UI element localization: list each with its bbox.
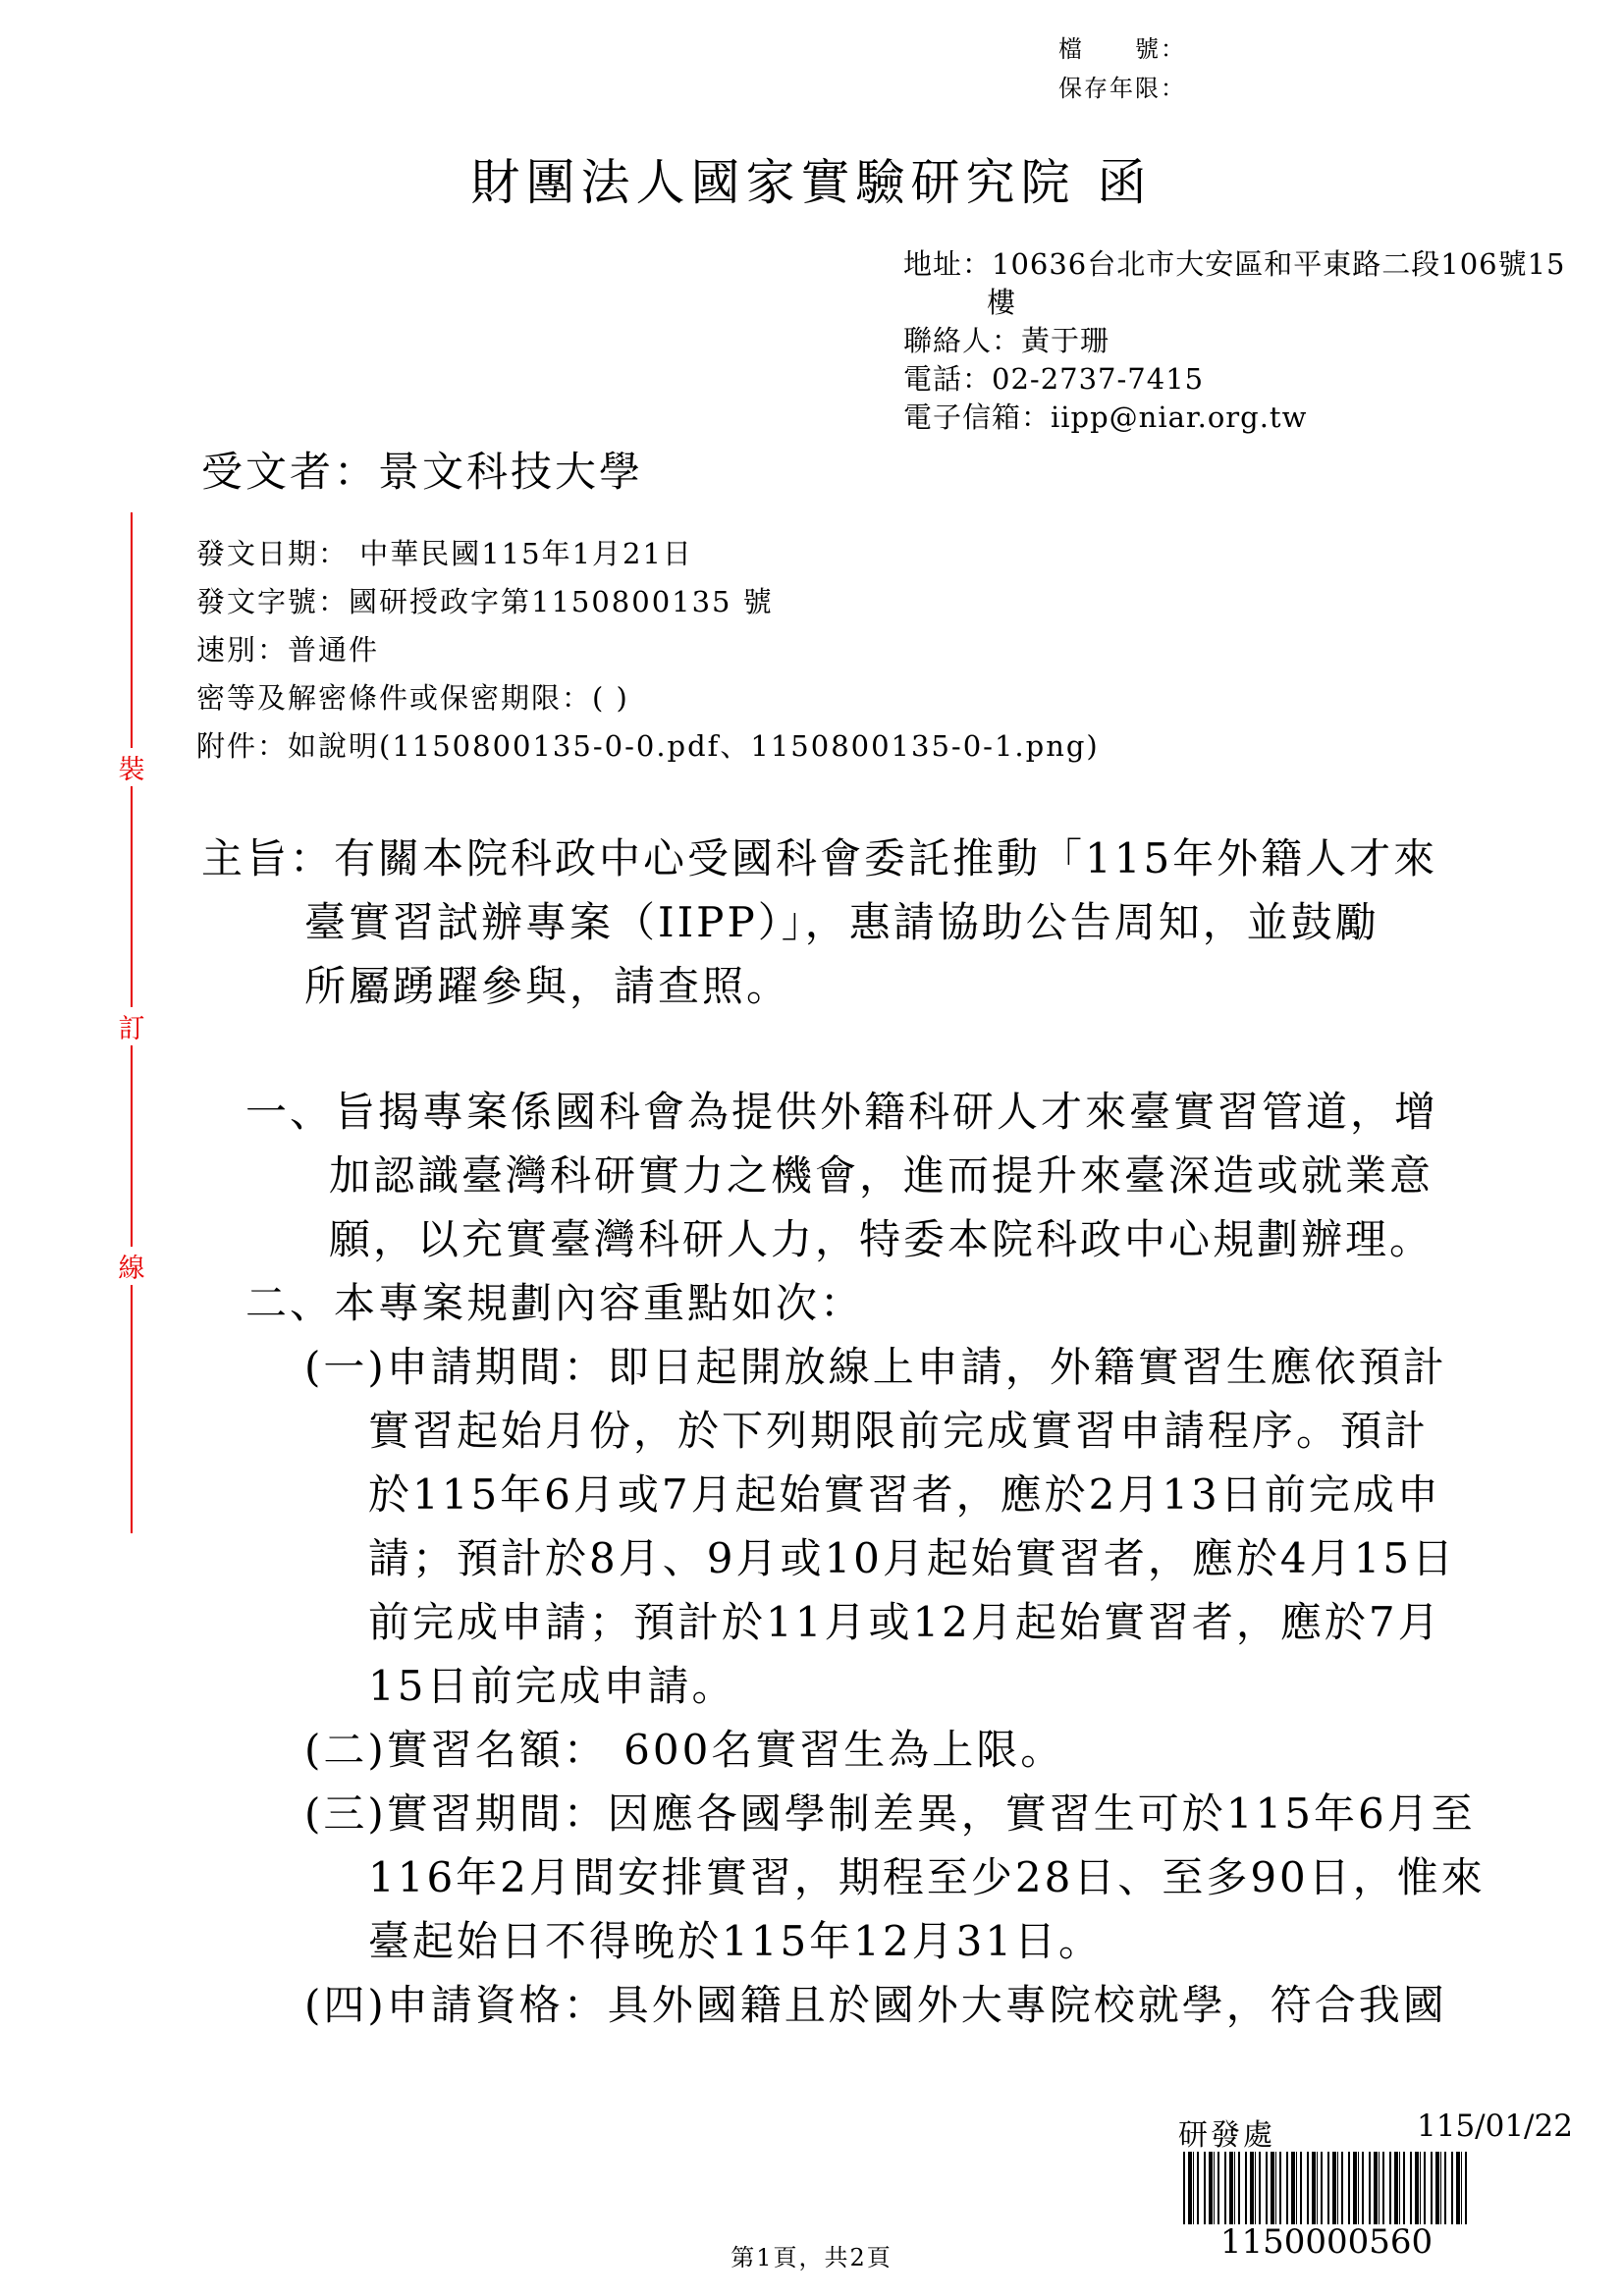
body-line: 請；預計於8月、9月或10月起始實習者，應於4月15日 xyxy=(368,1526,1486,1590)
subject-line: 主旨：有關本院科政中心受國科會委託推動「115年外籍人才來 xyxy=(201,827,1437,890)
sender-info-line: 電子信箱：iipp@niar.org.tw xyxy=(903,399,1591,437)
subject-block: 主旨：有關本院科政中心受國科會委託推動「115年外籍人才來臺實習試辦專案（IIP… xyxy=(201,827,1437,1018)
stamp-date: 115/01/22 xyxy=(1417,2109,1573,2144)
sender-info-line: 電話：02-2737-7415 xyxy=(903,360,1591,399)
body-line: 實習起始月份，於下列期限前完成實習申請程序。預計 xyxy=(368,1399,1486,1463)
barcode xyxy=(1183,2152,1470,2224)
file-no-label: 檔 號： xyxy=(1058,29,1186,69)
dept-stamp: 研發處 xyxy=(1178,2110,1275,2154)
page-number: 第1頁，共2頁 xyxy=(0,2238,1623,2272)
sender-info-line: 樓 xyxy=(987,284,1591,322)
sender-info-block: 地址：10636台北市大安區和平東路二段106號15樓聯絡人：黃于珊電話：02-… xyxy=(903,245,1591,437)
file-number-block: 檔 號： 保存年限： xyxy=(1058,29,1186,108)
meta-block: 發文日期： 中華民國115年1月21日發文字號：國研授政字第1150800135… xyxy=(196,530,1100,771)
meta-line: 密等及解密條件或保密期限：( ) xyxy=(196,674,1100,722)
retention-label: 保存年限： xyxy=(1058,69,1186,108)
meta-line: 發文日期： 中華民國115年1月21日 xyxy=(196,530,1100,578)
document-page: 檔 號： 保存年限： 財團法人國家實驗研究院 函 地址：10636台北市大安區和… xyxy=(0,0,1623,2296)
body-line: 二、本專案規劃內容重點如次： xyxy=(245,1271,1486,1335)
body-line: 臺起始日不得晚於115年12月31日。 xyxy=(368,1909,1486,1973)
binding-mark-zhuang: 裝 xyxy=(115,748,148,786)
body-line: (一)申請期間：即日起開放線上申請，外籍實習生應依預計 xyxy=(304,1335,1486,1399)
subject-line: 臺實習試辦專案（IIPP）」，惠請協助公告周知，並鼓勵 xyxy=(304,890,1437,954)
document-title: 財團法人國家實驗研究院 函 xyxy=(0,143,1623,214)
binding-mark-ding: 訂 xyxy=(115,1007,148,1045)
meta-line: 發文字號：國研授政字第1150800135 號 xyxy=(196,578,1100,626)
body-line: (三)實習期間：因應各國學制差異，實習生可於115年6月至 xyxy=(304,1782,1486,1845)
sender-info-line: 地址：10636台北市大安區和平東路二段106號15 xyxy=(903,245,1591,284)
body-line: 15日前完成申請。 xyxy=(368,1654,1486,1718)
body-line: 於115年6月或7月起始實習者，應於2月13日前完成申 xyxy=(368,1463,1486,1526)
meta-line: 速別：普通件 xyxy=(196,626,1100,674)
body-block: 一、旨揭專案係國科會為提供外籍科研人才來臺實習管道，增加認識臺灣科研實力之機會，… xyxy=(245,1080,1486,2037)
body-line: 116年2月間安排實習，期程至少28日、至多90日，惟來 xyxy=(368,1845,1486,1909)
body-line: 加認識臺灣科研實力之機會，進而提升來臺深造或就業意 xyxy=(329,1144,1486,1207)
recipient-line: 受文者：景文科技大學 xyxy=(201,440,643,499)
binding-mark-xian: 線 xyxy=(115,1247,148,1285)
body-line: (二)實習名額： 600名實習生為上限。 xyxy=(304,1718,1486,1782)
subject-line: 所屬踴躍參與，請查照。 xyxy=(304,954,1437,1018)
meta-line: 附件：如說明(1150800135-0-0.pdf、1150800135-0-1… xyxy=(196,722,1100,771)
body-line: (四)申請資格：具外國籍且於國外大專院校就學，符合我國 xyxy=(304,1973,1486,2037)
body-line: 願，以充實臺灣科研人力，特委本院科政中心規劃辦理。 xyxy=(329,1207,1486,1271)
body-line: 一、旨揭專案係國科會為提供外籍科研人才來臺實習管道，增 xyxy=(245,1080,1486,1144)
sender-info-line: 聯絡人：黃于珊 xyxy=(903,322,1591,360)
body-line: 前完成申請；預計於11月或12月起始實習者，應於7月 xyxy=(368,1590,1486,1654)
